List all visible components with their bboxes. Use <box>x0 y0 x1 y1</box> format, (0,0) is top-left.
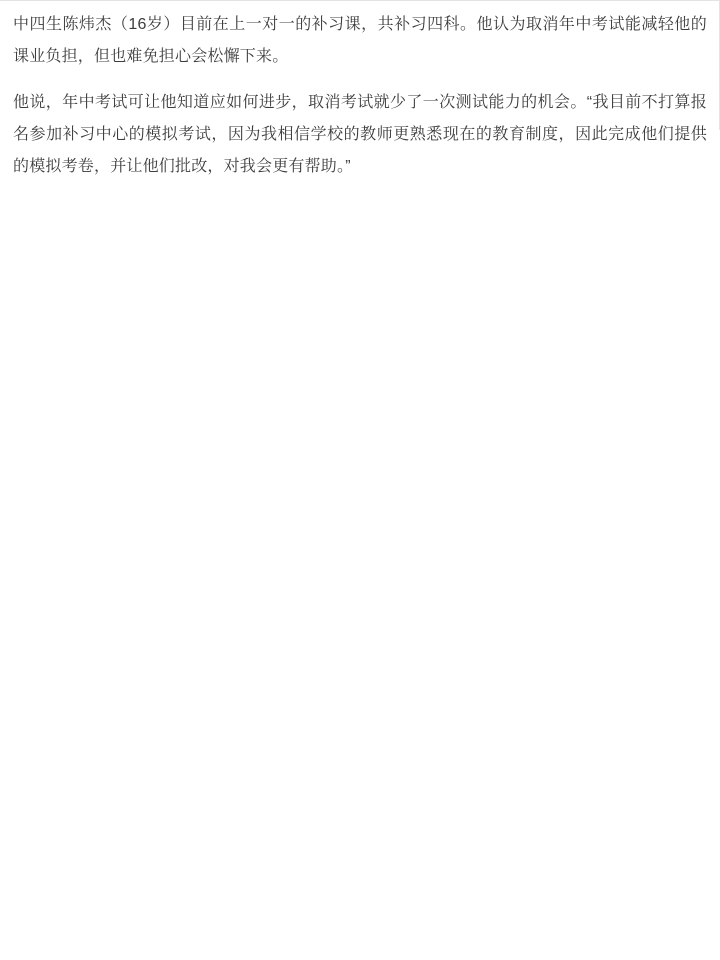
article-paragraph-1: 中四生陈炜杰（16岁）目前在上一对一的补习课，共补习四科。他认为取消年中考试能减… <box>13 9 707 73</box>
article-paragraph-2: 他说，年中考试可让他知道应如何进步，取消考试就少了一次测试能力的机会。“我目前不… <box>13 87 707 183</box>
article-page: 中四生陈炜杰（16岁）目前在上一对一的补习课，共补习四科。他认为取消年中考试能减… <box>0 0 720 960</box>
article-body: 中四生陈炜杰（16岁）目前在上一对一的补习课，共补习四科。他认为取消年中考试能减… <box>0 0 720 197</box>
